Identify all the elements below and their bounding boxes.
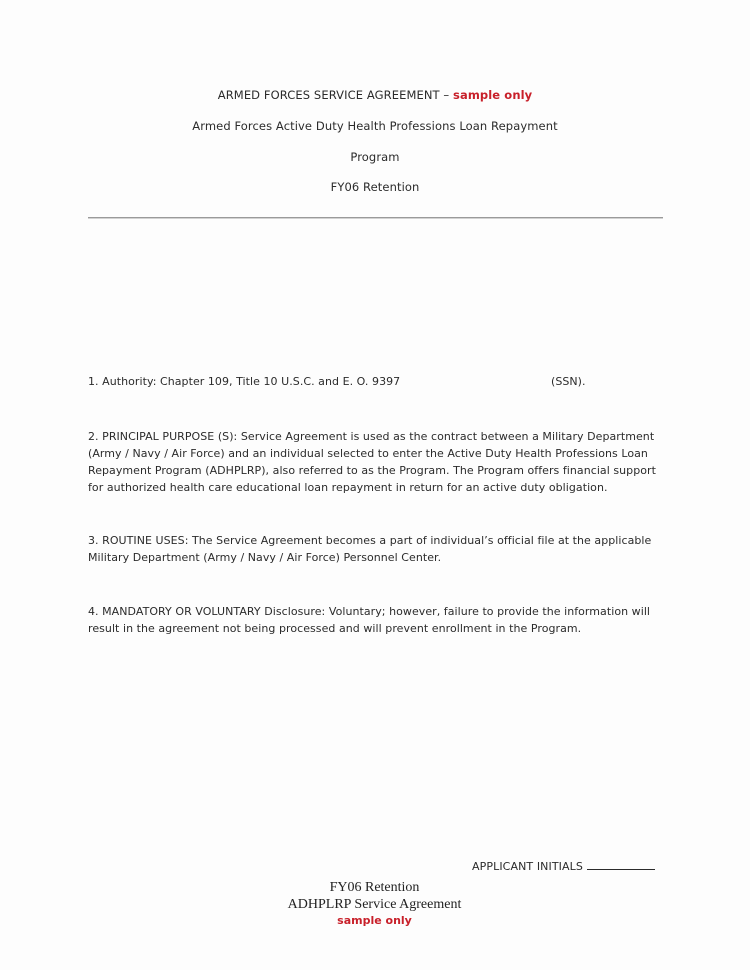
header-divider (88, 217, 663, 219)
principal-purpose-section: 2. PRINCIPAL PURPOSE (S): Service Agreem… (88, 428, 668, 496)
retention-label: FY06 Retention (0, 180, 750, 194)
program-name: Armed Forces Active Duty Health Professi… (0, 119, 750, 133)
applicant-initials: APPLICANT INITIALS (472, 860, 655, 873)
document-title: ARMED FORCES SERVICE AGREEMENT – sample … (0, 88, 750, 102)
footer-agreement-title: ADHPLRP Service Agreement (277, 897, 472, 913)
applicant-initials-label: APPLICANT INITIALS (472, 860, 583, 873)
title-text: ARMED FORCES SERVICE AGREEMENT – (218, 88, 453, 102)
authority-section: 1. Authority: Chapter 109, Title 10 U.S.… (88, 373, 688, 390)
disclosure-section: 4. MANDATORY OR VOLUNTARY Disclosure: Vo… (88, 603, 668, 637)
ssn-label: (SSN). (551, 373, 586, 390)
footer-retention: FY06 Retention (277, 880, 472, 896)
applicant-initials-field[interactable] (587, 860, 655, 870)
routine-uses-section: 3. ROUTINE USES: The Service Agreement b… (88, 532, 668, 566)
sample-only-label: sample only (453, 88, 532, 102)
footer-sample-only: sample only (277, 914, 472, 927)
authority-text: 1. Authority: Chapter 109, Title 10 U.S.… (88, 375, 400, 388)
program-word: Program (0, 150, 750, 164)
